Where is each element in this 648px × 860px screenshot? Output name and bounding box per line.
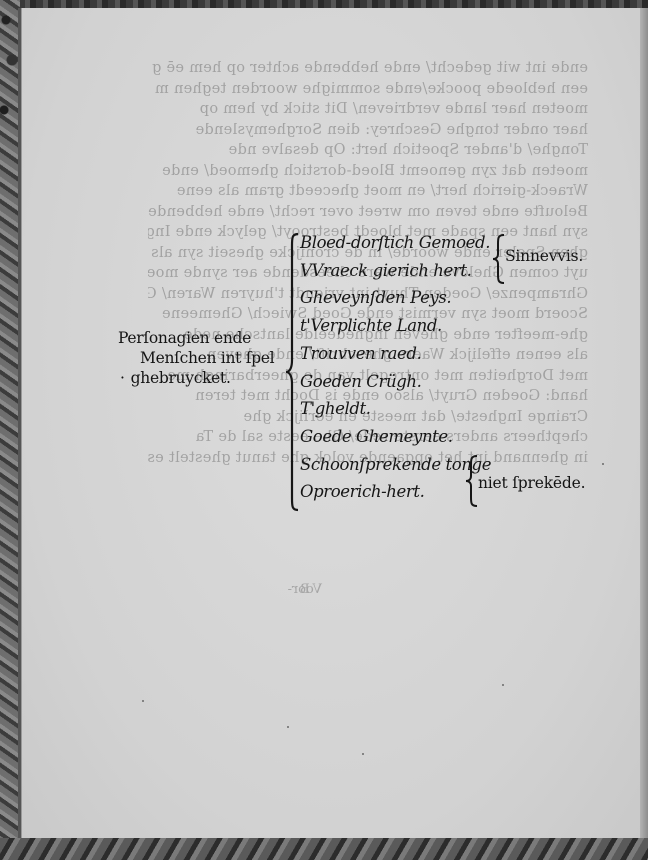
character-item: Trouvven raed. xyxy=(300,340,491,368)
character-item: T'gheldt. xyxy=(300,395,491,423)
paper-speck xyxy=(142,700,144,702)
paper-speck xyxy=(502,684,504,686)
heading-line-2: Menſchen int ſpel xyxy=(118,348,274,368)
paper-speck xyxy=(602,463,604,465)
small-brace-icon xyxy=(492,234,506,284)
character-item: Gheveynſden Peys. xyxy=(300,284,491,312)
character-item: Goede Ghemeynte. xyxy=(300,423,491,451)
heading-line-1: Perſonagien ende xyxy=(118,328,274,348)
heading-line-3: ·ghebruycket. xyxy=(118,368,274,388)
show-through-line: moeten dat zyn genoemt Bloed-dorstich gh… xyxy=(148,161,588,182)
show-through-line: Wraeck-gierich hert/ en moet gheceedt gr… xyxy=(148,181,588,202)
character-item: Goeden Crügh. xyxy=(300,368,491,396)
character-item: Oproerich-hert. xyxy=(300,478,491,506)
character-item: t'Verplichte Land. xyxy=(300,312,491,340)
heading-line-3-text: ghebruycket. xyxy=(131,369,231,387)
personages-heading: Perſonagien ende Menſchen int ſpel ·gheb… xyxy=(118,328,274,388)
show-through-catchword: Voor- xyxy=(142,582,322,597)
character-item: Bloed-dorſtich Gemoed. xyxy=(300,229,491,257)
group-label-sinnevvis: Sinnevvis. xyxy=(505,247,583,265)
show-through-line: moeten haer lande verdrieven/ Dit stick … xyxy=(148,99,588,120)
large-brace-icon xyxy=(286,232,300,512)
character-item: Schoonſprekende tonge xyxy=(300,451,491,479)
show-through-line: een hebloede poocke/ende sommighe woorde… xyxy=(148,79,588,100)
show-through-line: haer onder tonghe Geschrey: dien Sorghem… xyxy=(148,120,588,141)
show-through-signature: B xyxy=(300,582,310,597)
book-binding-top xyxy=(0,0,648,8)
paper-speck xyxy=(362,753,364,755)
group-label-niet-sprekende: niet ſprekēde. xyxy=(478,474,585,492)
book-binding-bottom xyxy=(0,838,648,860)
heading-dot: · xyxy=(120,368,125,388)
paper-speck xyxy=(287,726,289,728)
show-through-line: ende int wit gedecht/ ende hebbende acht… xyxy=(148,58,588,79)
small-brace-icon xyxy=(465,455,479,507)
character-list: Bloed-dorſtich Gemoed. VVraeck gierich h… xyxy=(300,229,491,506)
character-item: VVraeck gierich hert. xyxy=(300,257,491,285)
book-binding-left xyxy=(0,0,20,860)
show-through-line: Tonghe/ d'ander Spoetich hert: Op desalv… xyxy=(148,140,588,161)
show-through-line: Beloufte ende teven om wreet over recht/… xyxy=(148,202,588,223)
